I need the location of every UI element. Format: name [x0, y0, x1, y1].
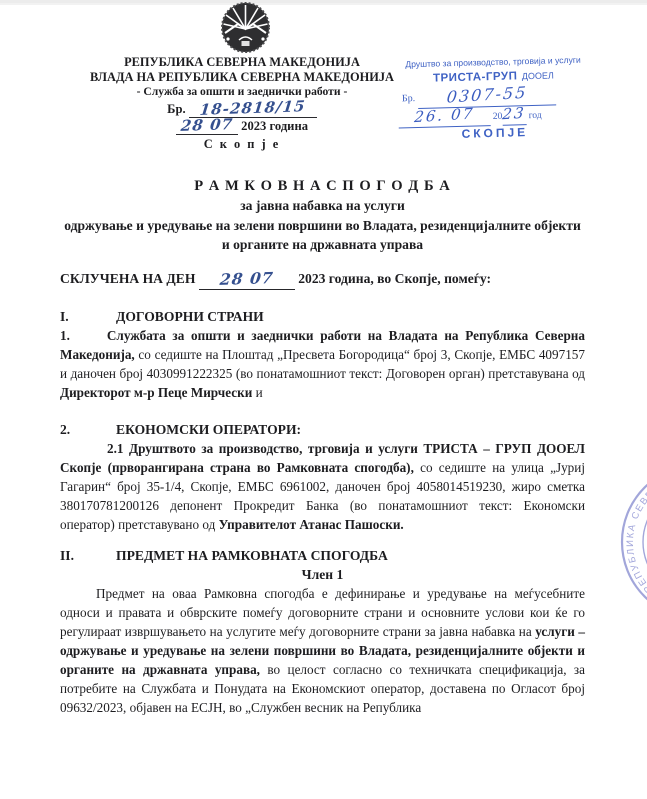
section-title: ДОГОВОРНИ СТРАНИ	[116, 307, 264, 326]
official-round-stamp: РЕПУБЛИКА СЕВЕРНА МАКЕДОНИЈА ВЛАДА НА РЕ…	[604, 462, 647, 632]
stamp-handwritten-date: 26. 07	[414, 106, 475, 125]
stamp-handwritten-year: 23	[502, 106, 527, 122]
document-page: РЕПУБЛИКА СЕВЕРНА МАКЕДОНИЈА ВЛАДА НА РЕ…	[0, 0, 647, 799]
document-body: Р А М К О В Н А С П О Г О Д Б А за јавна…	[60, 176, 585, 717]
clause-1-title: Член 1	[60, 565, 585, 584]
city-label: С к о п ј е	[72, 136, 412, 152]
section-title: ЕКОНОМСКИ ОПЕРАТОРИ:	[116, 420, 301, 439]
document-number-line: Бр. 18-2818/15	[72, 101, 412, 118]
concluded-line: СКЛУЧЕНА НА ДЕН 28 07 2023 година, во Ск…	[60, 268, 585, 290]
document-subtitle-2: одржување и уредување на зелени површини…	[60, 216, 585, 254]
stamp-year-underline: 23	[502, 106, 526, 126]
document-title: Р А М К О В Н А С П О Г О Д Б А	[60, 176, 585, 196]
paragraph-number: 1.	[60, 328, 70, 343]
handwritten-concluded-date: 28 07	[219, 269, 275, 289]
government-name: ВЛАДА НА РЕПУБЛИКА СЕВЕРНА МАКЕДОНИЈА	[72, 70, 412, 85]
section-number: I.	[60, 307, 116, 326]
stamp-year-suffix: год	[529, 111, 542, 121]
date-underline: 28 07	[176, 118, 238, 135]
concluded-date-underline: 28 07	[199, 270, 295, 290]
stamp-company-name: ТРИСТА-ГРУП	[433, 70, 518, 84]
paragraph-tail: и	[252, 385, 262, 400]
company-stamp: Друштво за производство, трговија и услу…	[395, 54, 593, 142]
number-label: Бр.	[167, 102, 185, 116]
concluded-suffix: 2023 година, во Скопје, помеѓу:	[298, 271, 491, 286]
section-heading-subject: II. ПРЕДМЕТ НА РАМКОВНАТА СПОГОДБА	[60, 546, 585, 565]
country-name: РЕПУБЛИКА СЕВЕРНА МАКЕДОНИЈА	[72, 55, 412, 70]
paragraph-economic-operator: 2.1 Друштвото за производство, трговија …	[60, 439, 585, 534]
paragraph-contracting-authority: 1.Службата за општи и заеднички работи н…	[60, 326, 585, 402]
stamp-handwritten-number: 0307-55	[445, 84, 527, 106]
date-year-label: 2023 година	[241, 119, 308, 133]
stamp-company-type: ДООЕЛ	[522, 70, 554, 81]
document-date-line: 28 07 2023 година	[72, 118, 412, 135]
office-name: - Служба за општи и заеднички работи -	[72, 85, 412, 99]
coat-of-arms-icon	[219, 2, 272, 53]
section-heading-contracting-parties: I. ДОГОВОРНИ СТРАНИ	[60, 307, 585, 326]
section-number: II.	[60, 546, 116, 565]
director-name-bold: Директорот м-р Пеце Мирчески	[60, 385, 252, 400]
government-header: РЕПУБЛИКА СЕВЕРНА МАКЕДОНИЈА ВЛАДА НА РЕ…	[72, 55, 412, 152]
stamp-date-underline: 26. 07	[398, 107, 490, 128]
manager-name-bold: Управителот Атанас Пашоски.	[219, 517, 404, 532]
authority-details: со седиште на Плоштад „Пресвета Богороди…	[60, 347, 585, 381]
handwritten-date: 28 07	[180, 117, 234, 134]
stamp-number-label: Бр.	[402, 93, 416, 104]
document-subtitle-1: за јавна набавка на услуги	[60, 196, 585, 216]
paragraph-clause-1: Предмет на оваа Рамковна спогодба е дефи…	[60, 584, 585, 717]
section-title: ПРЕДМЕТ НА РАМКОВНАТА СПОГОДБА	[116, 546, 388, 565]
concluded-prefix: СКЛУЧЕНА НА ДЕН	[60, 271, 195, 286]
section-number: 2.	[60, 420, 116, 439]
scan-artifact-band	[0, 0, 647, 3]
section-heading-economic-operators: 2. ЕКОНОМСКИ ОПЕРАТОРИ:	[60, 420, 585, 439]
clause-text: Предмет на оваа Рамковна спогодба е дефи…	[60, 586, 585, 639]
